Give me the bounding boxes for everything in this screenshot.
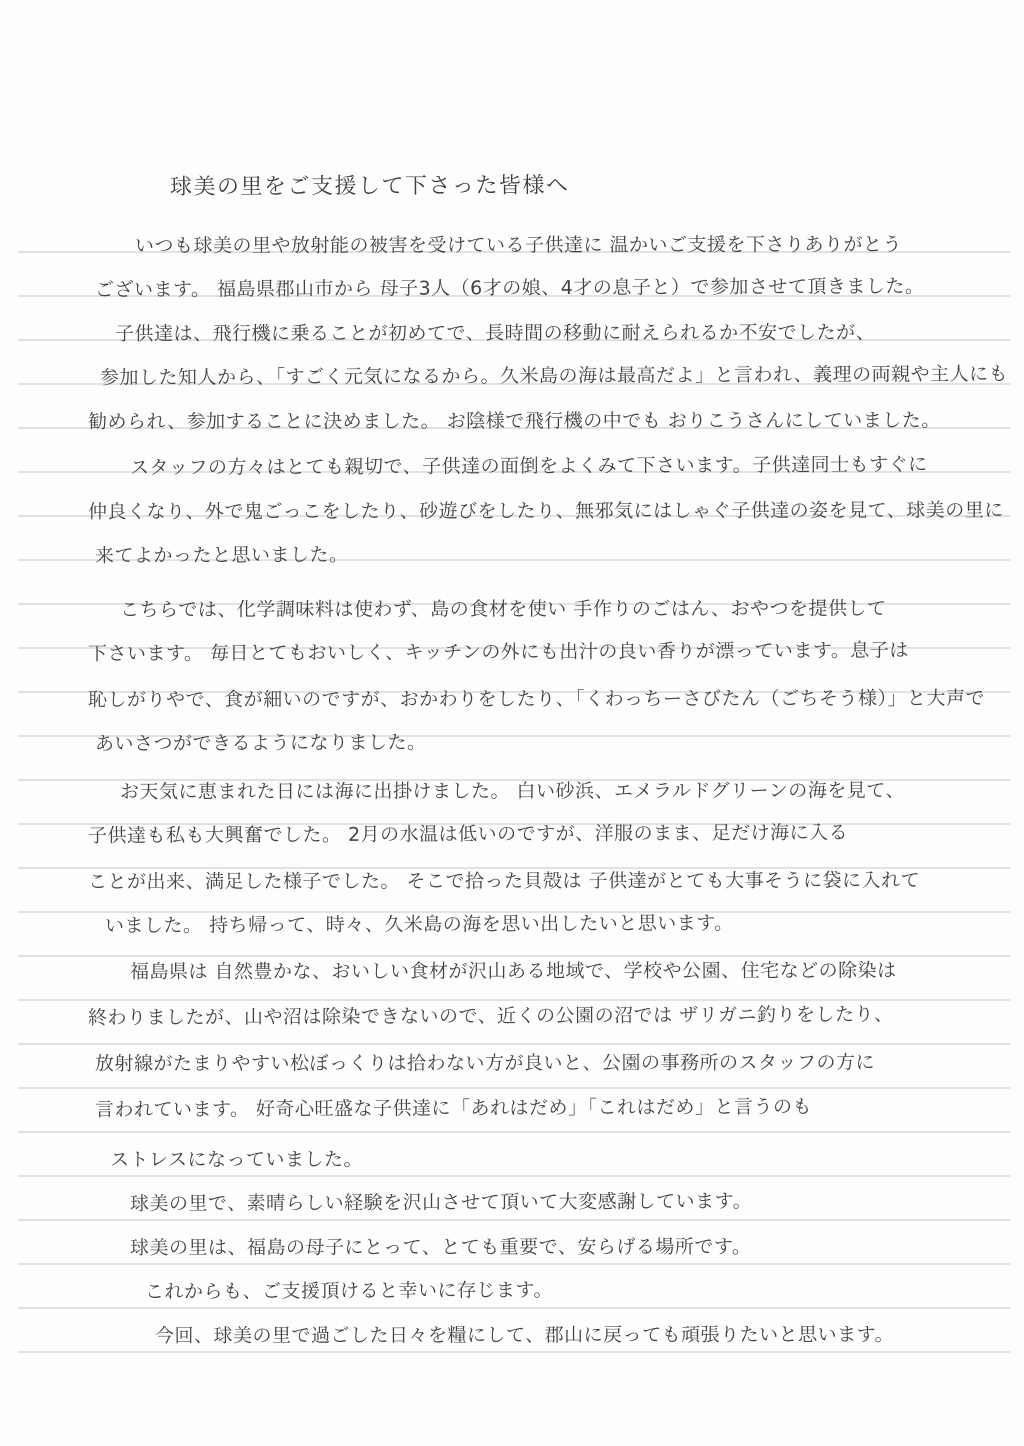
letter-line: こちらでは、化学調味料は使わず、島の食材を使い 手作りのごはん、おやつを提供して xyxy=(120,594,887,622)
letter-title: 球美の里をご支援して下さった皆様へ xyxy=(170,168,570,201)
letter-line: ストレスになっていました。 xyxy=(110,1145,363,1172)
letter-line: 今回、球美の里で過ごした日々を糧にして、郡山に戻っても頑張りたいと思います。 xyxy=(155,1320,894,1348)
letter-line: いました。 持ち帰って、時々、久米島の海を思い出したいと思います。 xyxy=(105,908,734,938)
letter-line: あいさつができるようになりました。 xyxy=(95,728,427,756)
letter-line: 球美の里で、素晴らしい経験を沢山させて頂いて大変感謝しています。 xyxy=(130,1186,752,1216)
letter-line: 子供達も私も大興奮でした。 2月の水温は低いのですが、洋服のまま、足だけ海に入る xyxy=(88,818,848,848)
letter-line: 仲良くなり、外で鬼ごっこをしたり、砂遊びをしたり、無邪気にはしゃぐ子供達の姿を見… xyxy=(88,495,1004,524)
letter-line: ございます。 福島県郡山市から 母子3人（6才の娘、4才の息子と）で参加させて頂… xyxy=(95,271,924,302)
letter-line: 来てよかったと思いました。 xyxy=(95,540,349,568)
letter-line: いつも球美の里や放射能の被害を受けている子供達に 温かいご支援を下さりありがとう xyxy=(135,230,902,258)
letter-line: ことが出来、満足した様子でした。 そこで拾った貝殻は 子供達がとても大事そうに袋… xyxy=(88,866,920,894)
letter-line: 恥しがりやで、食が細いのですが、おかわりをしたり、「くわっちーさびたん（ごちそう… xyxy=(88,683,985,712)
letter-line: これからも、ご支援頂けると幸いに存じます。 xyxy=(145,1275,553,1304)
letter-line: 言われています。 好奇心旺盛な子供達に「あれはだめ」「これはだめ」と言うのも xyxy=(95,1092,812,1122)
letter-line: 勧められ、参加することに決めました。 お陰様で飛行機の中でも おりこうさんにして… xyxy=(88,406,941,434)
letter-line: 終わりましたが、山や沼は除染できないので、近くの公園の沼では ザリガニ釣りをした… xyxy=(88,999,894,1030)
letter-line: 子供達は、飛行機に乗ることが初めてで、長時間の移動に耐えられるか不安でしたが、 xyxy=(115,318,875,346)
letter-line: 参加した知人から、「すごく元気になるから。久米島の海は最高だよ」と言われ、義理の… xyxy=(100,359,1008,390)
letter-page: 球美の里をご支援して下さった皆様へ いつも球美の里や放射能の被害を受けている子供… xyxy=(0,0,1024,1446)
letter-line: スタッフの方々はとても親切で、子供達の面倒をよくみて下さいます。子供達同士もすぐ… xyxy=(130,450,928,480)
letter-line: 下さいます。 毎日とてもおいしく、キッチンの外にも出汁の良い香りが漂っています。… xyxy=(88,635,909,666)
letter-line: 福島県は 自然豊かな、おいしい食材が沢山ある地域で、学校や公園、住宅などの除染は xyxy=(130,956,897,984)
letter-line: 放射線がたまりやすい松ぼっくりは拾わない方が良いと、公園の事務所のスタッフの方に xyxy=(95,1048,875,1076)
letter-line: 球美の里は、福島の母子にとって、とても重要で、安らげる場所です。 xyxy=(130,1232,751,1260)
letter-line: お天気に恵まれた日には海に出掛けました。 白い砂浜、エメラルドグリーンの海を見て… xyxy=(120,776,905,804)
